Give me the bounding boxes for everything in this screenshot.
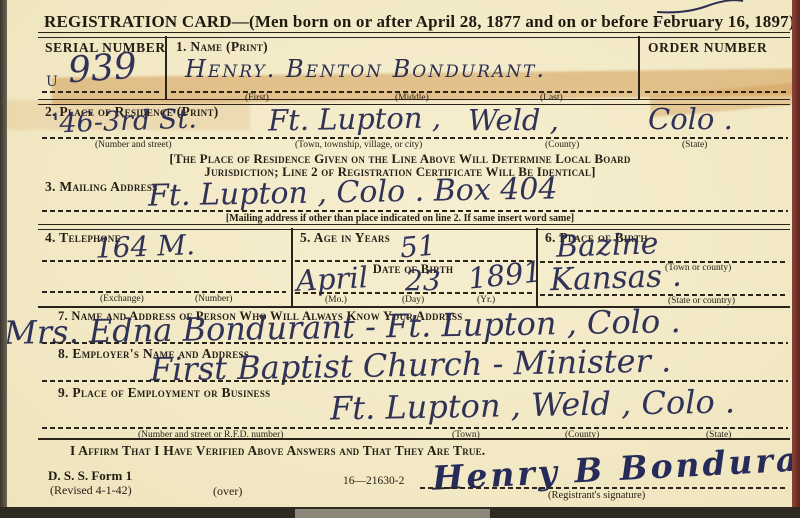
affirmation-text: I Affirm That I Have Verified Above Answ… [70,443,485,459]
mailing-dotted-line [42,210,788,212]
signature-label: (Registrant's signature) [548,490,645,501]
residence-county-value: Weld , [468,103,559,137]
residence-state-value: Colo . [648,102,733,136]
age-label: 5. Age in Years [300,230,390,246]
birthplace-state-value: Kansas . [549,258,682,299]
residence-street-value: '46-3rd St. [52,103,198,139]
mailing-address-value: Ft. Lupton , Colo . Box 404 [148,171,558,213]
over-note: (over) [213,484,242,499]
row456-divider-1 [291,228,293,306]
residence-sublabel-town: (Town, township, village, or city) [295,140,422,150]
title-rule [38,32,790,38]
registration-card-scan: REGISTRATION CARD—(Men born on or after … [0,0,800,518]
scan-edge-right [792,0,800,518]
mailing-note: [Mailing address if other than place ind… [226,213,574,224]
form-number: D. S. S. Form 1 [48,468,132,484]
residence-dotted-line [42,137,788,139]
order-number-label: ORDER NUMBER [648,40,767,56]
dob-sublabel-yr: (Yr.) [477,295,495,305]
serial-number-prefix: U [46,74,58,90]
employer-dotted-line [42,380,788,382]
dob-sublabel-day: (Day) [402,295,424,305]
name-label: 1. Name (Print) [176,39,268,55]
dob-sublabel-mo: (Mo.) [325,295,347,305]
card-title: REGISTRATION CARD—(Men born on or after … [44,12,795,32]
print-code: 16—21630-2 [343,475,404,487]
telephone-sublabel-exchange: (Exchange) [100,294,144,304]
affirmation-top-rule [38,438,790,440]
telephone-dotted-line-1 [42,260,286,262]
order-dotted-line [645,91,788,93]
residence-sublabel-state: (State) [682,140,707,150]
signature-dotted-line [420,487,788,489]
mailing-address-label: 3. Mailing Address [45,179,158,195]
employment-label: 9. Place of Employment or Business [58,385,270,401]
contact-dotted-line [42,342,788,344]
scan-edge-bottom-notch [295,509,490,518]
telephone-sublabel-number: (Number) [195,294,232,304]
dob-year-value: 1891 [466,254,543,296]
age-dotted-line-2 [295,292,532,294]
birthplace-dotted-line-2 [540,294,788,296]
residence-town-value: Ft. Lupton , [268,100,442,137]
employment-value: Ft. Lupton , Weld , Colo . [330,382,736,427]
employment-dotted-line [42,427,788,429]
residence-sublabel-county: (County) [545,140,579,150]
form-revision: (Revised 4-1-42) [50,483,132,498]
telephone-dotted-line-2 [42,291,286,293]
scan-edge-left [0,0,7,518]
residence-sublabel-street: (Number and street) [95,140,172,150]
serial-dotted-line [42,91,160,93]
row1-divider-2 [638,36,640,100]
name-value: Henry. Benton Bondurant. [185,55,546,83]
serial-number-value: 939 [67,46,138,92]
